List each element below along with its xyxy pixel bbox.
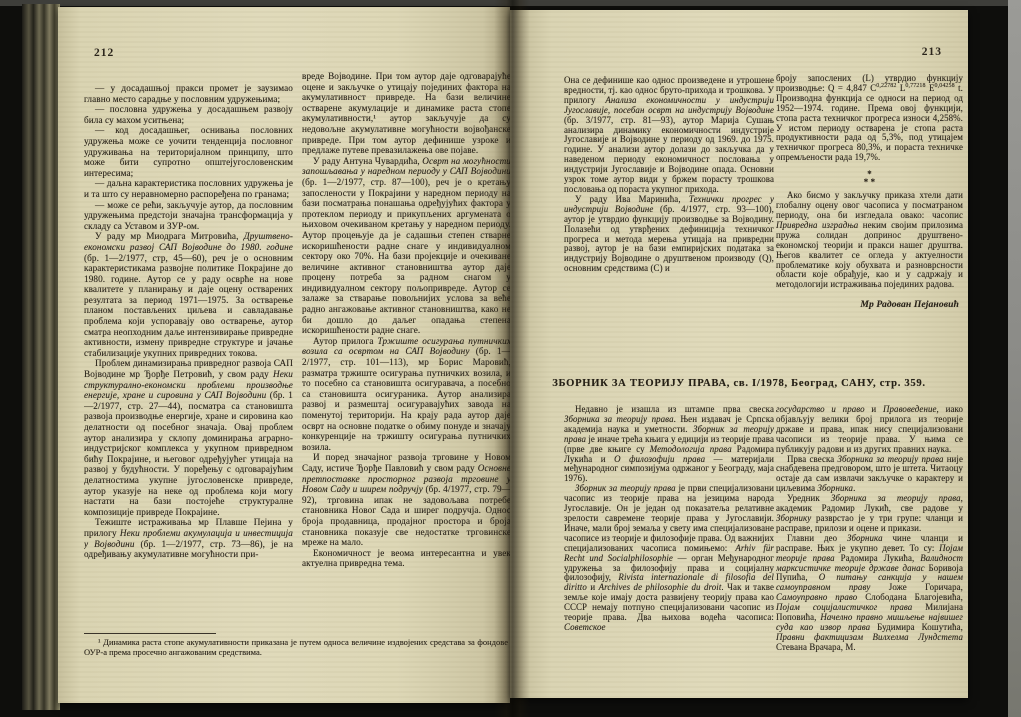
paragraph: Зборник за теорију права је први специја… (564, 484, 774, 633)
text-column-right-top-2: броју запослених (L) утврдио функцију пр… (776, 74, 963, 408)
paragraph: Недавно је изашла из штампе прва свеска … (564, 405, 774, 484)
section-separator: ** * (776, 170, 963, 186)
page-212: 212 — у досадашњој пракси промет је зауз… (58, 7, 510, 703)
scanned-journal-spread: { "colors": { "page_background": "#ded8b… (0, 0, 1021, 717)
paragraph: Главни део Зборника чине чланци и распра… (776, 534, 963, 653)
paragraph: Аутор прилога Тржиште осигурања путнички… (302, 336, 511, 453)
reviewer-signature: Мр Радован Пејановић (776, 300, 963, 310)
paragraph: У раду Антуна Чувардића, Осврт на могућн… (302, 156, 511, 336)
text-column-left-1: — у досадашњој пракси промет је заузимао… (84, 83, 293, 627)
page-number: 213 (922, 46, 942, 58)
paragraph: Тежиште истраживања мр Плавше Пејина у п… (84, 517, 293, 559)
paragraph: — у досадашњој пракси промет је заузимао… (84, 83, 293, 104)
paragraph: — пословна удружења у досадашњем развоју… (84, 104, 293, 125)
text-column-right-bottom-2: государство и право и Правоведение, иако… (776, 405, 963, 671)
paragraph: Ако бисмо у закључку приказа хтели дати … (776, 191, 963, 290)
scanner-top-edge (0, 0, 1021, 6)
scanner-right-edge (1008, 0, 1021, 717)
paragraph: Проблем динамизирања привредног развоја … (84, 358, 293, 517)
text-column-right-top-1: Она се дефинише као однос произведене и … (564, 76, 774, 328)
book-page-edges (22, 4, 60, 710)
footnote: ¹ Динамика раста стопе акумулативности п… (84, 638, 508, 657)
text-column-right-bottom-1: Недавно је изашла из штампе прва свеска … (564, 405, 774, 671)
paragraph: У раду мр Миодрага Митровића, Друштвено-… (84, 231, 293, 358)
paragraph: — даљна карактеристика пословних удружењ… (84, 178, 293, 199)
page-number: 212 (94, 47, 114, 59)
paragraph: государство и право и Правоведение, иако… (776, 405, 963, 455)
page-213: 213 Она се дефинише као однос произведен… (510, 10, 968, 698)
paragraph: И поред значајног развоја трговине у Нов… (302, 452, 511, 547)
paragraph: Економичност је веома интересантна и уве… (302, 548, 511, 569)
paragraph: У раду Ива Маринића, Технички прогрес у … (564, 195, 774, 274)
paragraph: — код досадашњег, оснивања пословних удр… (84, 125, 293, 178)
paragraph: Она се дефинише као однос произведене и … (564, 76, 774, 195)
text-column-left-2: вреде Војводине. При том аутор даје одго… (302, 71, 511, 627)
paragraph: Прва свеска Зборника за теорију права ни… (776, 455, 963, 495)
footnote-rule (84, 633, 216, 634)
paragraph: вреде Војводине. При том аутор даје одго… (302, 71, 511, 156)
review-title: ЗБОРНИК ЗА ТЕОРИЈУ ПРАВА, св. I/1978, Бе… (540, 378, 938, 389)
paragraph: Уредник Зборника за теорију права, акаде… (776, 494, 963, 534)
paragraph: — може се рећи, закључује аутор, да посл… (84, 200, 293, 232)
paragraph: броју запослених (L) утврдио функцију пр… (776, 74, 963, 163)
